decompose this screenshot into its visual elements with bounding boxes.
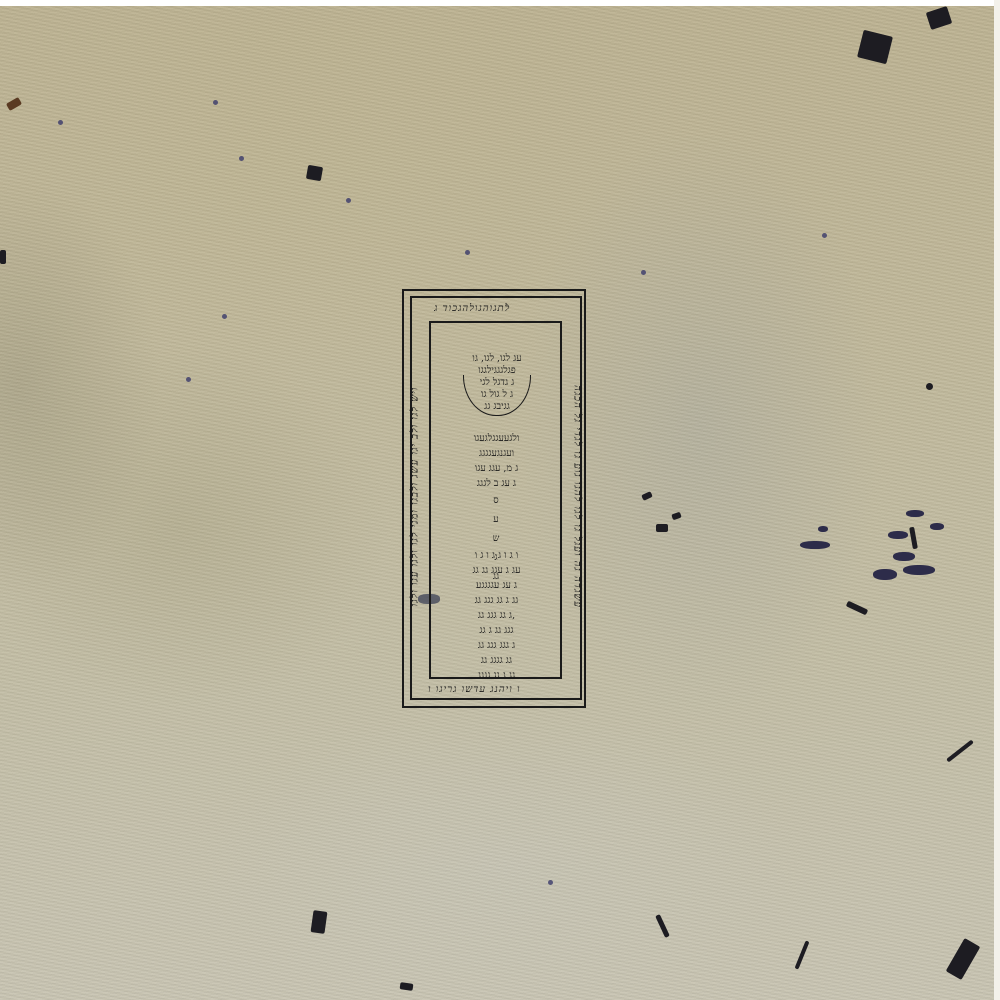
text-line: גג ג גג גגג גג [439, 593, 554, 608]
ink-fleck [926, 383, 933, 390]
text-line: ג עג ב לגגג [439, 476, 554, 491]
paper-edge [994, 0, 1000, 1000]
text-panel: עג לגו, לגו, גו פגלגגגילגגו ג גדגל לגי ג… [429, 321, 562, 679]
text-line: ג גג גגג גג, [439, 608, 554, 623]
stem-glyph: ס [483, 491, 509, 510]
ink-dot [641, 270, 646, 275]
text-line: ג עג עגגגגע [439, 578, 554, 593]
border-text-bottom: ו ויהנג עדשו גריגו ו [428, 684, 558, 695]
ink-fleck [873, 569, 897, 580]
ink-dot [822, 233, 827, 238]
ink-fleck [0, 250, 6, 264]
bowl-text-line: עג לגו, לגו, גו [443, 353, 551, 365]
text-line: גג ג גג גגגג [439, 668, 554, 683]
lower-text-block: ו ג ו ג ג ו ג ו עג ג עגג גג גג ג עג עגגג… [439, 548, 554, 683]
ink-fleck [903, 565, 935, 575]
ink-fleck [893, 552, 915, 561]
stem-glyph: ש [483, 529, 509, 548]
text-line: ולגעעגגלגעגו [439, 431, 554, 446]
text-line: ועגנגעגגגג [439, 446, 554, 461]
ink-dot [465, 250, 470, 255]
ink-dot [213, 100, 218, 105]
text-line: ו ג ו ג ג ו ג ו [439, 548, 554, 563]
text-line: עג ג עגג גג גג [439, 563, 554, 578]
ink-fleck [888, 531, 908, 539]
micrography-panel: ל̇תגוהגולהגכוד ג ו ויהנג עדשו גריגו ו וי… [402, 289, 586, 708]
ink-dot [58, 120, 63, 125]
ink-fleck [800, 541, 830, 549]
upper-text-block: ולגעעגגלגעגו ועגנגעגגגג ג מ, עגג עגו ג ע… [439, 431, 554, 491]
ink-fleck [818, 526, 828, 532]
ink-dot [548, 880, 553, 885]
ink-dot [346, 198, 351, 203]
menorah-bowl: עג לגו, לגו, גו פגלגגגילגגו ג גדגל לגי ג… [443, 353, 551, 415]
text-line: ג גגג גגג גג [439, 638, 554, 653]
ink-fleck [906, 510, 924, 517]
text-line: גג גגגג גג [439, 653, 554, 668]
ink-fleck [930, 523, 944, 530]
ink-dot [222, 314, 227, 319]
stem-glyph: ע [483, 510, 509, 529]
ink-fleck [656, 524, 668, 532]
border-text-left: ויש לגו ולב יגו עשג ולבגו ומני לגו ולגו … [410, 312, 421, 682]
border-text-top: ל̇תגוהגולהגכוד ג [434, 303, 564, 314]
ink-dot [239, 156, 244, 161]
ink-fleck [306, 165, 323, 181]
border-text-right: עשגדה גה ועגל גו לגו להגו גוע גו לגדי גל… [572, 312, 583, 682]
text-line: ג מ, עגג עגו [439, 461, 554, 476]
ink-dot [186, 377, 191, 382]
text-line: גגג גג ג גג [439, 623, 554, 638]
